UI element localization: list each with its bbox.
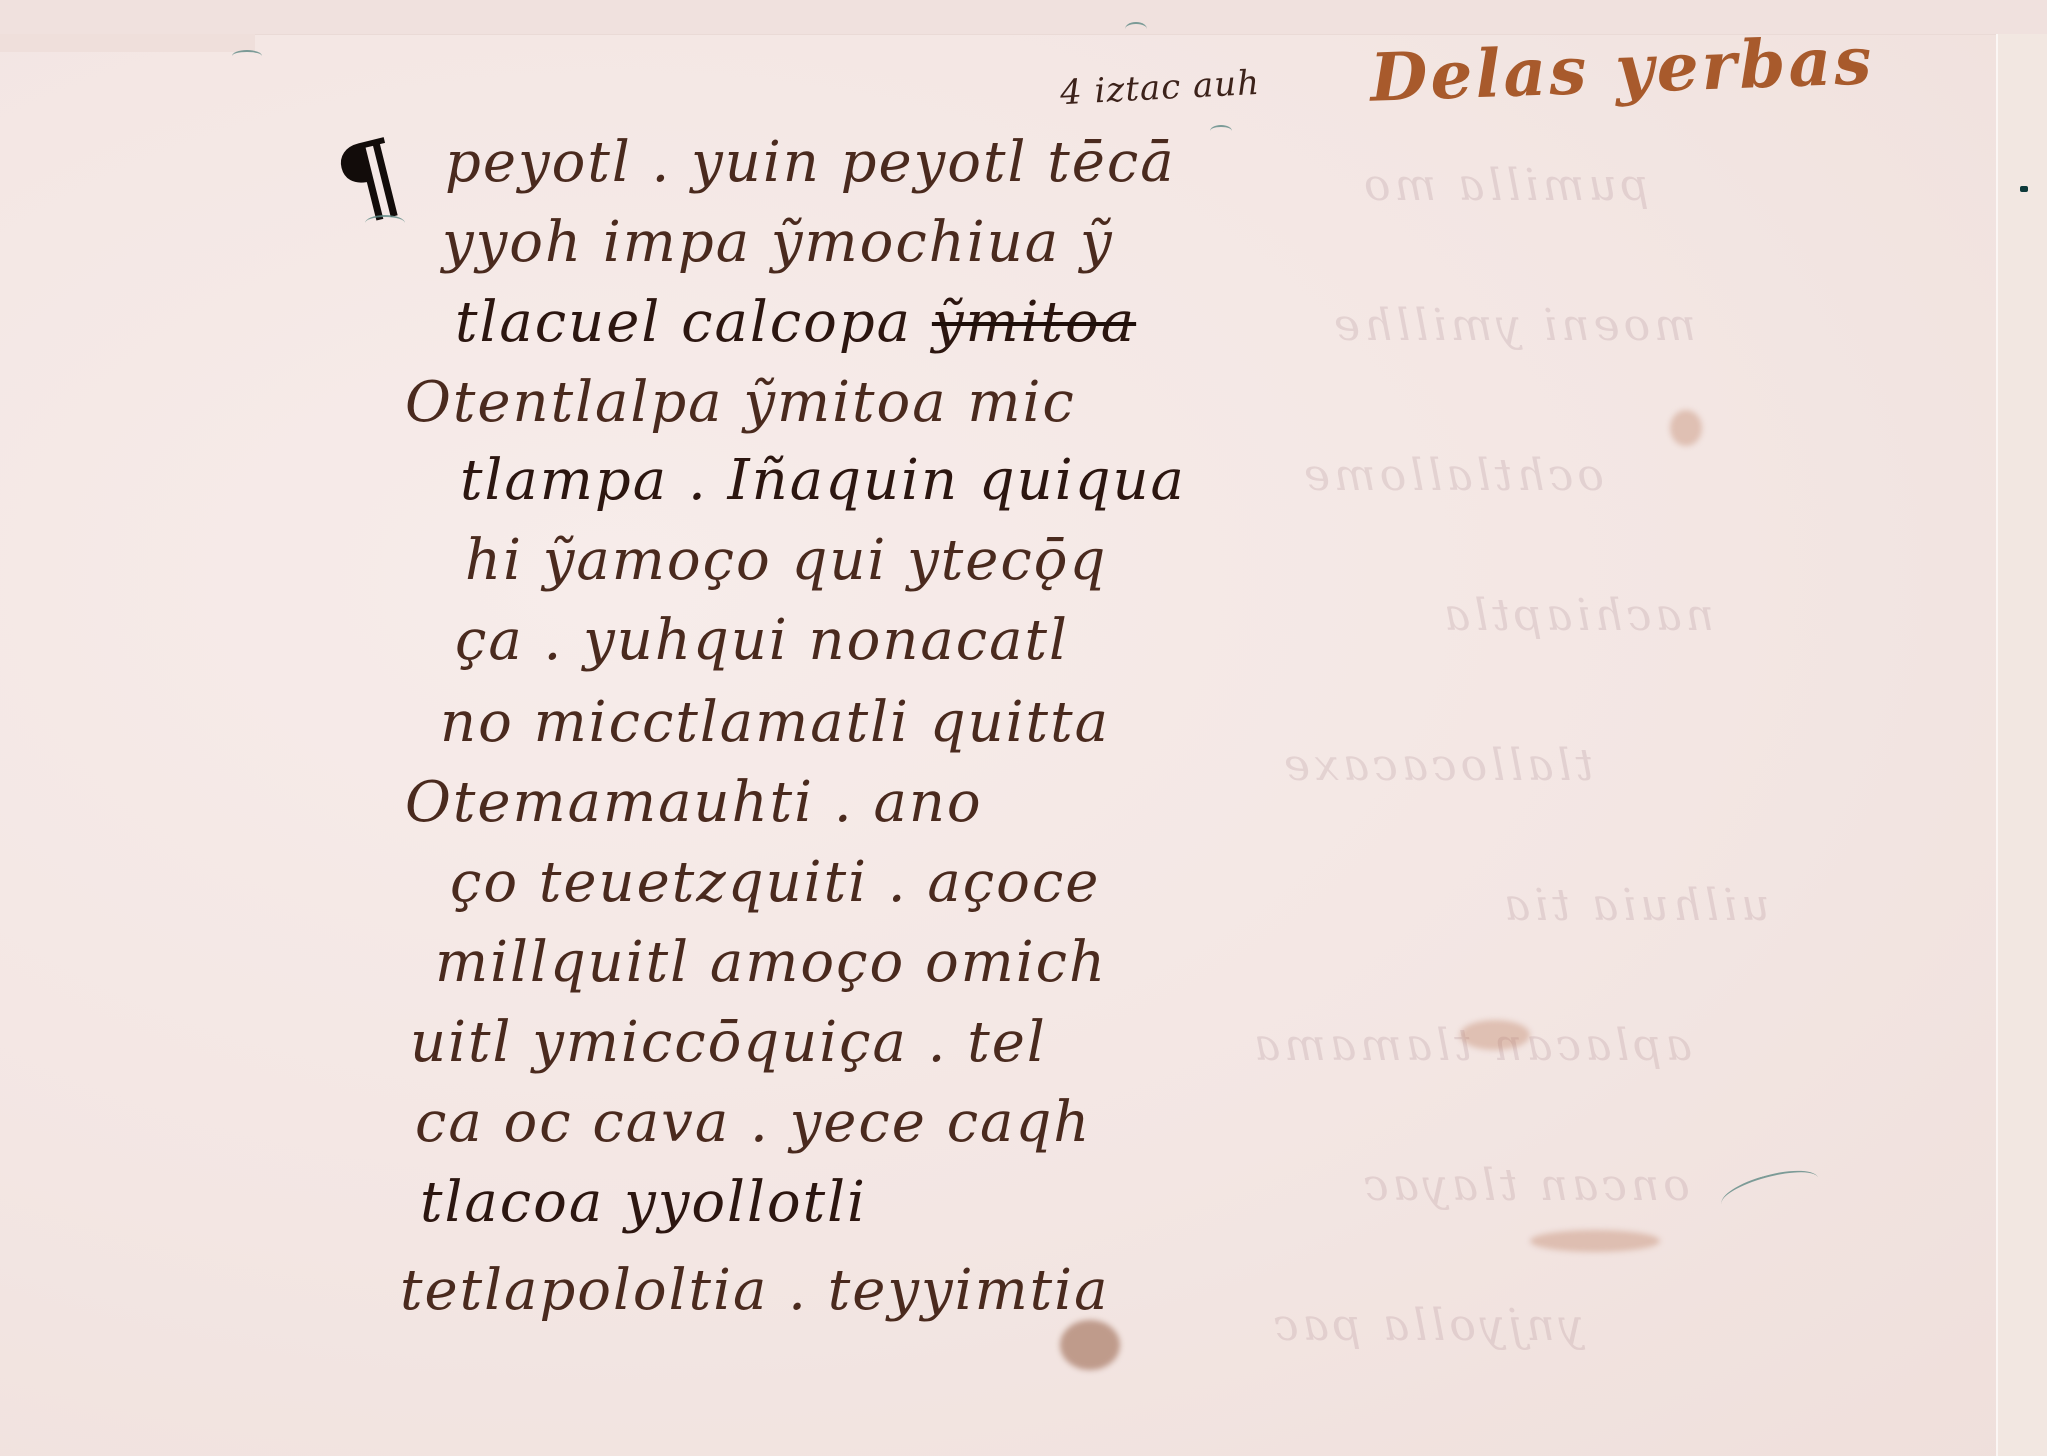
manuscript-line: ça . yuhqui nonacatl <box>455 608 1069 673</box>
paper-fiber <box>1210 125 1232 137</box>
page-right-margin-edge <box>1996 34 2047 1456</box>
manuscript-line: millquitl amoço omich <box>435 930 1107 995</box>
bleed-through-text: pumilla mo moeni ymillhe ochtlallome nac… <box>1240 120 1990 1450</box>
manuscript-line: tlampa . Iñaquin quiqua <box>460 448 1186 513</box>
page-top-left-edge <box>0 34 255 52</box>
manuscript-line: yyoh impa ỹmochiua ỹ <box>442 210 1114 275</box>
header-note: 4 iztac auh <box>1059 63 1261 113</box>
paper-fiber <box>1718 1163 1823 1220</box>
paper-fiber <box>1125 22 1147 36</box>
header-title: Delas yerbas <box>1369 21 1876 117</box>
paper-fiber <box>232 50 262 62</box>
paper-fiber <box>365 215 405 231</box>
manuscript-line: Otemamauhti . ano <box>405 770 983 835</box>
paper-speck <box>2020 186 2028 192</box>
manuscript-line: Otentlalpa ỹmitoa mic <box>405 370 1076 435</box>
manuscript-line: hi ỹamoço qui ytecǭq <box>465 528 1107 593</box>
manuscript-line: tetlapololtia . teyyimtia <box>400 1258 1109 1323</box>
manuscript-line: peyotl . yuin peyotl tēcā <box>445 130 1176 195</box>
manuscript-line: tlacoa yyollotli <box>420 1170 867 1235</box>
manuscript-line: uitl ymiccōquiça . tel <box>410 1010 1047 1075</box>
struck-out-word: ỹmitoa <box>932 290 1136 355</box>
manuscript-line: ca oc cava . yece caqh <box>415 1090 1091 1155</box>
manuscript-line: ço teuetzquiti . açoce <box>450 850 1100 915</box>
manuscript-page: pumilla mo moeni ymillhe ochtlallome nac… <box>0 0 2047 1456</box>
manuscript-line: no micctlamatli quitta <box>440 690 1110 755</box>
manuscript-line: tlacuel calcopa ỹmitoa <box>455 290 1136 355</box>
ink-stain <box>1060 1320 1120 1370</box>
